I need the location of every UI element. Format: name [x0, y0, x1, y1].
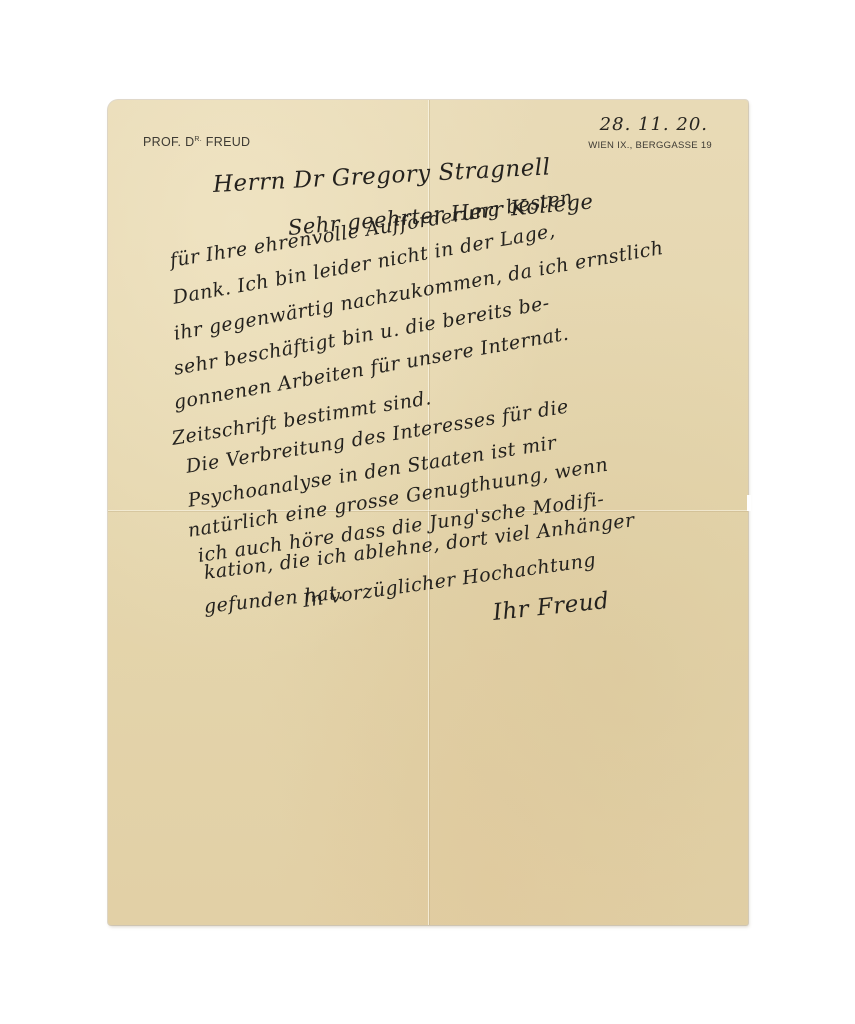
letterhead-address: WIEN IX., BERGGASSE 19 — [588, 140, 712, 151]
letterhead-name: PROF. DR. FREUD — [143, 135, 250, 149]
signature: Ihr Freud — [492, 588, 611, 626]
recipient-line: Herrn Dr Gregory Stragnell — [212, 154, 551, 198]
edge-tear — [747, 495, 751, 511]
horizontal-fold-line — [108, 510, 748, 511]
letter-sheet: PROF. DR. FREUD WIEN IX., BERGGASSE 19 2… — [108, 100, 748, 925]
letterhead-name-suffix: FREUD — [202, 135, 250, 149]
letter-date: 28. 11. 20. — [600, 114, 708, 135]
letterhead-name-prefix: PROF. D — [143, 135, 194, 149]
letterhead-name-superscript: R. — [194, 136, 202, 143]
